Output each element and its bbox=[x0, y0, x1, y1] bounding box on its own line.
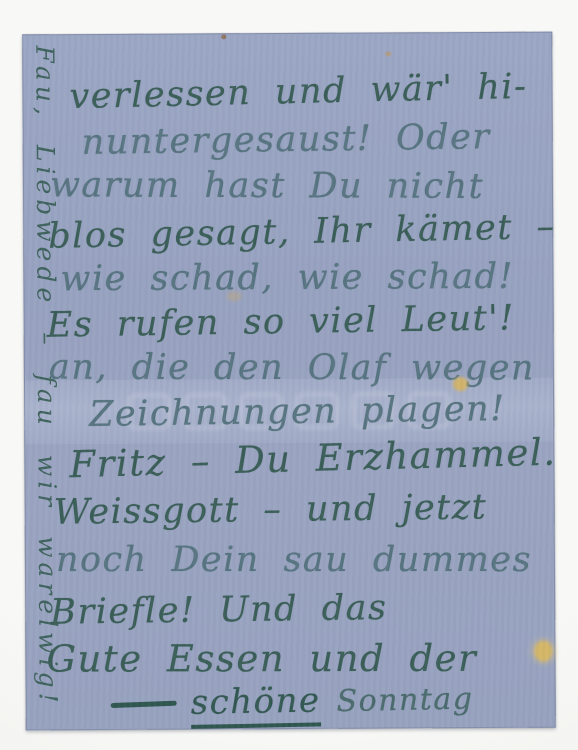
handwriting-line-9: Fritz – Du Erzhammel. bbox=[69, 434, 557, 486]
handwriting-line-10: Weissgott – und jetzt bbox=[53, 489, 487, 531]
letter-paper: Fau, Liebwede – fau wir warelwig! verles… bbox=[22, 32, 556, 731]
handwriting-line-7: an, die den Olaf wegen bbox=[49, 350, 535, 388]
handwriting-line-11: noch Dein sau dummes bbox=[56, 542, 532, 579]
handwriting-line-1: verlessen und wär' hi- bbox=[69, 69, 528, 116]
stain bbox=[221, 34, 226, 39]
handwriting-line-6: Es rufen so viel Leut'! bbox=[46, 300, 515, 344]
handwriting-line-3: warum hast Du nicht bbox=[50, 167, 484, 205]
handwriting-line-5: wie schad, wie schad! bbox=[60, 259, 514, 298]
handwriting-line-4: blos gesagt, Ihr kämet – bbox=[48, 209, 556, 255]
handwriting-line-13: Gute Essen und der bbox=[46, 640, 477, 680]
handwriting-line-8: Zeichnungen plagen! bbox=[89, 391, 506, 434]
handwriting-line-14: schöneSonntag bbox=[110, 681, 473, 724]
underline-dash-stroke bbox=[111, 701, 177, 708]
handwriting-line-12: Briefle! Und das bbox=[50, 590, 388, 631]
handwriting-line-2: nuntergesaust! Oder bbox=[82, 119, 491, 161]
last-line-tail-word: Sonntag bbox=[336, 682, 474, 720]
underlined-word: schöne bbox=[190, 680, 321, 728]
stain bbox=[534, 641, 552, 662]
stain bbox=[385, 51, 391, 56]
